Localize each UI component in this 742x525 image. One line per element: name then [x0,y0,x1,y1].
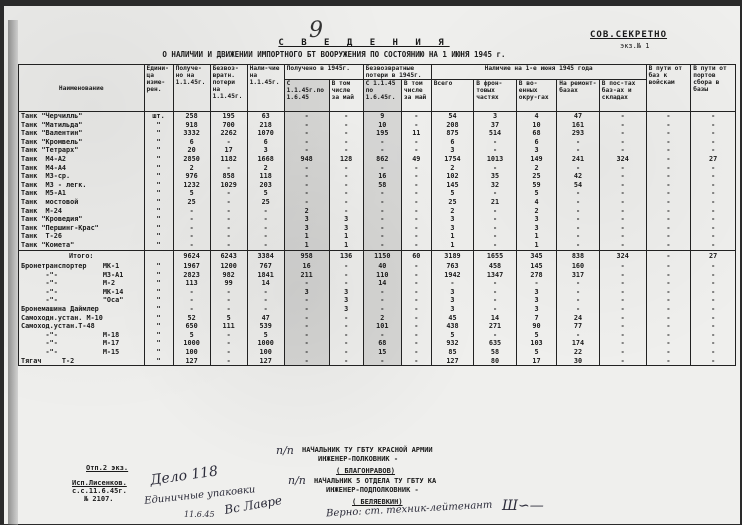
row-cell: - [599,271,646,280]
table-row: -"- М-17"1000-1000--68-932635103174--- [19,339,736,348]
row-cell: 25 [247,198,284,207]
row-cell: 47 [247,314,284,323]
row-unit: " [144,296,173,305]
row-cell: - [173,288,210,297]
table-row: -"- М-2"1139914--14-------- [19,279,736,288]
table-row: Танк "Черчилль"шт.25819563--9-543447--- [19,112,736,121]
row-cell: - [401,305,431,314]
table-row: Танк "Кроведия""---33--3-3---- [19,215,736,224]
row-cell: - [173,305,210,314]
row-cell: 2 [247,164,284,173]
row-unit: " [144,348,173,357]
row-unit: " [144,279,173,288]
row-cell: - [284,146,329,155]
row-cell: - [329,181,363,190]
row-cell: 68 [363,339,401,348]
document-page: 9 СОВ.СЕКРЕТНО экз.№ 1 С В Е Д Е Н И Я О… [4,6,740,524]
header-transit-ports: В пути от портов сбора в базы [691,65,736,112]
row-unit: шт. [144,112,173,121]
row-cell: - [691,357,736,366]
table-row: Бронетранспортер МК-1"1967120076716-40-7… [19,262,736,271]
row-cell: 35 [474,172,517,181]
table-row: Танк "Матильда""918700218--10-2083710161… [19,121,736,130]
row-cell: - [363,241,401,250]
row-cell: - [329,164,363,173]
row-cell: 241 [557,155,600,164]
handwritten-date: 11.6.45 [184,510,215,519]
row-name: Танк "Тетрарх" [19,146,145,155]
row-cell: - [284,305,329,314]
total-cell: 958 [284,250,329,262]
row-cell: - [173,241,210,250]
row-cell: - [284,121,329,130]
row-cell: 1 [284,241,329,250]
row-cell: - [363,357,401,366]
row-cell: 763 [431,262,474,271]
row-cell: 174 [557,339,600,348]
table-row: Танк мостовой"25-25----25214---- [19,198,736,207]
row-cell: - [401,348,431,357]
row-cell: - [329,314,363,323]
row-cell: - [691,164,736,173]
row-cell: - [599,331,646,340]
row-cell: - [247,296,284,305]
row-cell: - [210,138,247,147]
row-name: Самоход.устан.Т-48 [19,322,145,331]
row-cell: - [329,262,363,271]
row-cell: - [363,305,401,314]
row-cell: 1 [329,241,363,250]
row-cell: - [210,348,247,357]
row-cell: - [401,172,431,181]
row-cell: - [247,232,284,241]
row-cell: 1942 [431,271,474,280]
row-cell: 293 [557,129,600,138]
row-cell: - [646,164,691,173]
row-cell: - [691,288,736,297]
row-cell: - [329,348,363,357]
row-cell: 1200 [210,262,247,271]
row-cell: 2 [284,207,329,216]
row-cell: 113 [173,279,210,288]
row-cell: - [363,288,401,297]
row-cell: - [284,296,329,305]
row-cell: 10 [516,121,556,130]
row-cell: - [599,224,646,233]
row-cell: - [599,279,646,288]
row-cell: 54 [431,112,474,121]
row-cell: - [401,314,431,323]
row-cell: 2 [431,164,474,173]
row-name: Танк "Першинг-Крас" [19,224,145,233]
row-cell: - [284,357,329,366]
row-cell: - [474,279,517,288]
total-cell: 3189 [431,250,474,262]
row-name: -"- М-15 [19,348,145,357]
row-cell: 100 [173,348,210,357]
row-cell: - [173,224,210,233]
row-cell: - [557,331,600,340]
row-cell: 52 [173,314,210,323]
table-row: Танк М4-А2"28501182166894812886249175410… [19,155,736,164]
row-cell: 32 [474,181,517,190]
row-cell: - [646,305,691,314]
row-cell: 458 [474,262,517,271]
row-cell: 2 [363,314,401,323]
row-cell: 6 [247,138,284,147]
row-cell: - [329,357,363,366]
row-cell: 2 [173,164,210,173]
row-cell: - [210,232,247,241]
row-cell: 3 [474,112,517,121]
row-cell: - [599,181,646,190]
row-cell: - [557,305,600,314]
executor-line3: № 2107. [84,495,114,503]
row-cell: - [474,146,517,155]
row-unit: " [144,271,173,280]
row-cell: 1232 [173,181,210,190]
row-cell: - [210,164,247,173]
row-cell: - [363,215,401,224]
vehicle-rows: Бронетранспортер МК-1"1967120076716-40-7… [19,262,736,366]
row-cell: - [599,348,646,357]
row-cell: 100 [247,348,284,357]
row-cell: 2262 [210,129,247,138]
row-cell: - [284,198,329,207]
row-name: Танк "Кромвель" [19,138,145,147]
table-row: Танк "Тетрарх""20173----3-3---- [19,146,736,155]
row-cell: 1668 [247,155,284,164]
row-cell: - [474,224,517,233]
row-cell: 218 [247,121,284,130]
row-cell: - [691,138,736,147]
row-cell: - [691,172,736,181]
row-cell: 25 [173,198,210,207]
total-cell: 136 [329,250,363,262]
row-cell: - [557,138,600,147]
row-cell: - [599,241,646,250]
row-cell: - [599,189,646,198]
row-cell: - [210,331,247,340]
row-cell: - [363,207,401,216]
row-cell: - [646,357,691,366]
row-unit: " [144,331,173,340]
row-cell: - [646,271,691,280]
row-cell: - [691,112,736,121]
row-cell: 2 [431,207,474,216]
row-cell: 3 [329,215,363,224]
row-cell: 650 [173,322,210,331]
row-cell: - [474,241,517,250]
header-lost-1945: Безвозвратные потери в 1945г. [363,65,431,80]
row-cell: - [557,207,600,216]
row-cell: - [474,138,517,147]
row-cell: 128 [329,155,363,164]
row-cell: - [691,146,736,155]
document-title: С В Е Д Е Н И Я [184,38,544,48]
row-cell: - [329,189,363,198]
header-received-period: С 1.1.45г.по 1.6.45 [284,80,329,112]
row-cell: - [599,232,646,241]
row-cell: - [284,279,329,288]
total-label: Итого: [19,250,145,262]
row-cell: 10 [363,121,401,130]
row-cell: - [173,296,210,305]
row-cell: 5 [173,331,210,340]
row-cell: - [284,172,329,181]
row-unit: " [144,215,173,224]
row-cell: 208 [431,121,474,130]
row-cell: 258 [173,112,210,121]
row-cell: 1000 [173,339,210,348]
row-unit: " [144,207,173,216]
row-cell: 145 [431,181,474,190]
row-cell: - [691,262,736,271]
row-cell: 111 [210,322,247,331]
row-cell: - [646,241,691,250]
row-name: -"- М-18 [19,331,145,340]
row-unit: " [144,314,173,323]
sign1-line1: НАЧАЛЬНИК ТУ ГБТУ КРАСНОЙ АРМИИ [302,446,433,454]
row-cell: - [363,331,401,340]
row-cell: - [247,305,284,314]
row-cell: 438 [431,322,474,331]
row-cell: - [284,339,329,348]
total-cell: 27 [691,250,736,262]
row-cell: - [474,296,517,305]
row-cell: - [173,215,210,224]
row-cell: - [646,339,691,348]
row-cell: 17 [516,357,556,366]
row-cell: - [401,322,431,331]
table-row: Танк М4-А4"2-2----2-2---- [19,164,736,173]
row-cell: - [247,224,284,233]
row-cell: - [329,322,363,331]
total-cell: 345 [516,250,556,262]
row-name: Танк Т-26 [19,232,145,241]
row-cell: - [516,279,556,288]
row-cell: - [474,207,517,216]
row-name: Танк М3 - легк. [19,181,145,190]
row-cell: - [599,262,646,271]
row-cell: - [329,112,363,121]
row-cell: 24 [557,314,600,323]
total-cell: 3384 [247,250,284,262]
row-cell: - [557,198,600,207]
row-cell: 161 [557,121,600,130]
row-cell: - [646,224,691,233]
row-cell: - [691,279,736,288]
row-cell: - [474,305,517,314]
row-cell: 1347 [474,271,517,280]
row-cell: - [210,189,247,198]
row-cell: 85 [431,348,474,357]
row-cell: 1967 [173,262,210,271]
row-unit: " [144,339,173,348]
row-cell: - [474,164,517,173]
row-cell: - [401,271,431,280]
row-unit: " [144,224,173,233]
row-cell: - [646,155,691,164]
row-cell: 63 [247,112,284,121]
row-cell: - [557,232,600,241]
row-cell: 68 [516,129,556,138]
row-cell: 5 [247,189,284,198]
row-cell: 1 [516,232,556,241]
row-cell: 3 [516,296,556,305]
total-cell: 9624 [173,250,210,262]
row-cell: - [210,339,247,348]
row-name: Танк "Комета" [19,241,145,250]
inventory-table: Наименование Едини-ца изме-рен. Получе-н… [18,64,736,366]
row-cell: 3 [431,146,474,155]
header-available-june: Наличие на 1-е июня 1945 года [431,65,646,80]
row-cell: 1182 [210,155,247,164]
row-cell: - [691,224,736,233]
row-cell: - [691,331,736,340]
row-cell: - [329,207,363,216]
row-cell: 54 [557,181,600,190]
row-cell: 271 [474,322,517,331]
row-name: Танк М5-А1 [19,189,145,198]
row-cell: 17 [210,146,247,155]
row-cell: - [474,288,517,297]
row-cell: 15 [363,348,401,357]
table-row: Танк М5-А1"5-5----5-5---- [19,189,736,198]
row-cell: - [691,241,736,250]
row-cell: - [691,215,736,224]
row-cell: - [599,322,646,331]
row-cell: 3 [329,224,363,233]
row-cell: 3 [516,224,556,233]
row-cell: - [247,288,284,297]
row-cell: 3 [284,288,329,297]
row-cell: 1013 [474,155,517,164]
row-name: Танк М4-А4 [19,164,145,173]
row-cell: - [646,207,691,216]
row-cell: - [173,207,210,216]
row-cell: 195 [210,112,247,121]
handwritten-verification: Верно: ст. техник-лейтенант [326,500,493,520]
row-cell: - [401,146,431,155]
row-unit: " [144,146,173,155]
row-cell: - [599,357,646,366]
row-cell: 27 [691,155,736,164]
row-cell: - [329,129,363,138]
row-unit: " [144,138,173,147]
row-unit: " [144,241,173,250]
row-cell: 1 [516,241,556,250]
row-cell: 211 [284,271,329,280]
row-name: Танк "Черчилль" [19,112,145,121]
row-cell: 5 [516,348,556,357]
row-cell: - [691,207,736,216]
row-unit: " [144,357,173,366]
row-cell: 110 [363,271,401,280]
row-cell: - [557,279,600,288]
row-cell: - [599,314,646,323]
row-cell: - [363,138,401,147]
table-row: -"- М3-А1"28239821841211-110-19421347278… [19,271,736,280]
row-cell: 1 [431,241,474,250]
row-name: Тягач Т-2 [19,357,145,366]
row-cell: 635 [474,339,517,348]
row-cell: - [691,189,736,198]
row-cell: 49 [401,155,431,164]
row-cell: 127 [431,357,474,366]
header-lost-may: В том числе за май [401,80,431,112]
row-cell: 1 [329,232,363,241]
row-cell: - [646,296,691,305]
row-unit: " [144,189,173,198]
row-cell: 4 [516,112,556,121]
row-cell: - [691,322,736,331]
row-name: Танк мостовой [19,198,145,207]
row-cell: - [363,198,401,207]
row-cell: - [557,288,600,297]
row-unit: " [144,181,173,190]
row-cell: - [646,314,691,323]
row-cell: - [284,164,329,173]
row-name: Танк "Кроведия" [19,215,145,224]
row-cell: - [646,232,691,241]
row-cell: - [284,322,329,331]
sign1-name: ( БЛАГОНРАВОВ) [336,467,395,475]
row-unit: " [144,322,173,331]
row-unit: " [144,129,173,138]
row-cell: 5 [431,331,474,340]
row-cell: 16 [363,172,401,181]
row-cell: - [599,172,646,181]
row-cell: - [646,146,691,155]
row-cell: 3 [516,288,556,297]
row-cell: - [599,207,646,216]
row-cell: 20 [173,146,210,155]
row-cell: - [363,232,401,241]
row-cell: 858 [210,172,247,181]
header-districts: В во-енных окру-гах [516,80,556,112]
row-cell: 80 [474,357,517,366]
row-cell: - [247,207,284,216]
row-cell: - [329,172,363,181]
row-cell: - [210,207,247,216]
row-cell: - [646,198,691,207]
row-cell: - [401,112,431,121]
row-cell: - [363,296,401,305]
row-cell: 14 [363,279,401,288]
row-unit: " [144,288,173,297]
row-cell: 2 [516,164,556,173]
total-row-group: Итого: 9624 6243 3384 958 136 1150 60 31… [19,250,736,262]
row-cell: 875 [431,129,474,138]
row-unit: " [144,155,173,164]
row-cell: 103 [516,339,556,348]
row-cell: - [646,348,691,357]
row-unit: " [144,164,173,173]
row-cell: 862 [363,155,401,164]
handwritten-file-note: Дело 118 [149,463,219,488]
row-cell: 3 [516,146,556,155]
copy-number: экз.№ 1 [620,42,650,50]
row-cell: 9 [363,112,401,121]
row-cell: - [557,296,600,305]
row-cell: - [691,305,736,314]
verification-signature: Ш∽— [502,498,544,514]
row-cell: - [401,198,431,207]
row-cell: 700 [210,121,247,130]
row-cell: - [599,138,646,147]
row-cell: 982 [210,271,247,280]
